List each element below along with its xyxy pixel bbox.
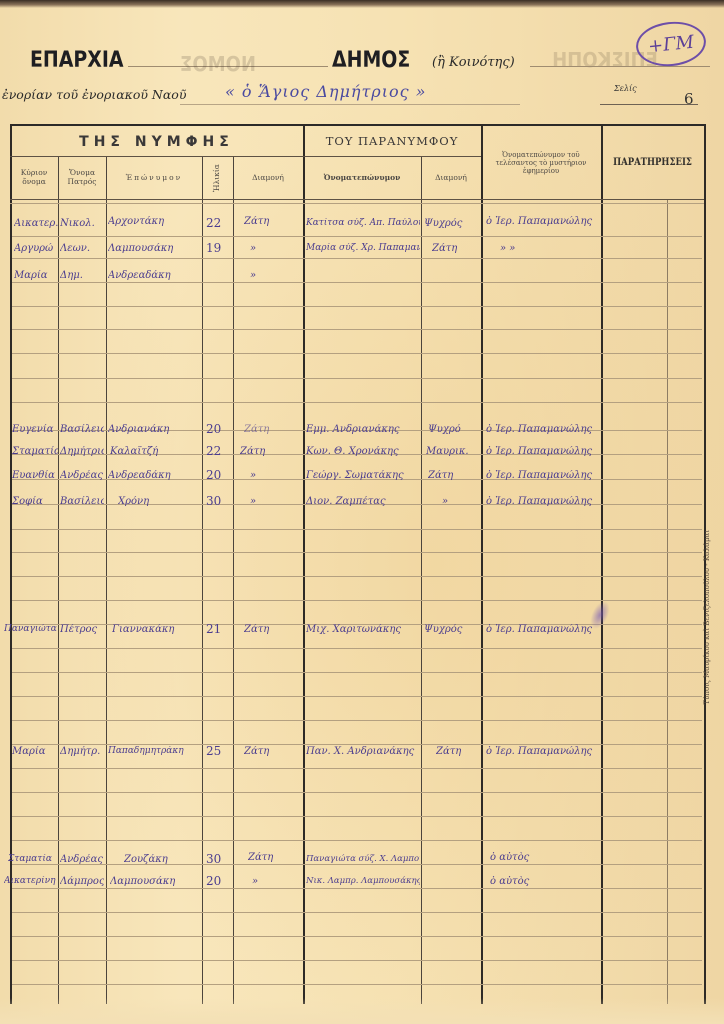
row-8-priest: ὁ Ἱερ. Παπαμανώλης xyxy=(486,746,600,757)
row-3-father-name: Βασίλειος xyxy=(60,424,104,435)
row-4-first-name: Σταματία xyxy=(12,446,58,457)
parish-label: ἐνορίαν τοῦ ἐνοριακοῦ Ναοῦ xyxy=(2,87,186,102)
row-5-first-name: Ευανθία xyxy=(12,470,58,481)
col-line-4 xyxy=(233,156,234,1004)
header-father-name: Ὄνομα Πατρός xyxy=(58,158,106,198)
rule-row xyxy=(12,912,702,913)
col-line-5 xyxy=(303,124,305,1004)
rule-row xyxy=(12,552,702,553)
printer-credit: Τύποις Μαυρίκου καὶ Βενιζελοπούλου - Καλ… xyxy=(703,530,711,705)
row-7-father-name: Πέτρος xyxy=(60,624,104,635)
rule-row xyxy=(12,744,702,745)
row-8-father-name: Δημήτρ. xyxy=(60,746,104,757)
row-1-residence: » xyxy=(250,243,256,254)
rule-row xyxy=(12,258,702,259)
row-7-surname: Γιαννακάκη xyxy=(112,624,200,635)
row-10-age: 20 xyxy=(206,874,221,888)
col-line-1 xyxy=(58,156,59,1004)
row-2-first-name: Μαρία xyxy=(14,270,58,281)
header-bottom-rule xyxy=(10,199,704,200)
row-1-first-name: Αργυρώ xyxy=(14,243,58,254)
rule-row xyxy=(12,792,702,793)
col-line-0 xyxy=(10,124,12,1004)
row-4-age: 22 xyxy=(206,444,221,458)
rule-row xyxy=(12,960,702,961)
row-6-priest: ὁ Ἱερ. Παπαμανώλης xyxy=(486,496,600,507)
rule-row xyxy=(12,353,702,354)
rule-row xyxy=(12,378,702,379)
header-sponsor-residence: Διαμονή xyxy=(421,158,481,198)
title-koinotis: (ἢ Κοινότης) xyxy=(432,55,515,70)
header-bottom-rule-2 xyxy=(10,203,704,204)
row-8-surname: Παπαδημητράκη xyxy=(108,746,200,756)
header-group-sponsor: ΤΟΥ ΠΑΡΑΝΥΜΦΟΥ xyxy=(303,128,481,156)
row-8-first-name: Μαρία xyxy=(12,746,58,757)
title-dimos: ΔΗΜΟΣ xyxy=(332,48,410,73)
row-9-first-name: Σταματία xyxy=(8,854,58,864)
rule-row xyxy=(12,402,702,403)
row-4-residence: Ζάτη xyxy=(240,446,265,457)
title-nomos-bleedthrough: ΝΟΜΟΣ xyxy=(184,52,256,76)
row-9-surname: Ζουζάκη xyxy=(124,854,200,865)
row-3-first-name: Ευγενία xyxy=(12,424,58,435)
row-9-father-name: Ανδρέας xyxy=(60,854,104,865)
row-5-priest: ὁ Ἱερ. Παπαμανώλης xyxy=(486,470,600,481)
rule-row xyxy=(12,720,702,721)
row-2-father-name: Δημ. xyxy=(60,270,104,281)
row-7-first-name: Παναγιώτα xyxy=(4,624,58,634)
row-1-father-name: Λεων. xyxy=(60,243,104,254)
scan-top-edge xyxy=(0,0,724,8)
rule-row xyxy=(12,576,702,577)
row-6-sponsor: Διον. Ζαμπέτας xyxy=(306,496,420,507)
header-surname: Ἐπώνυμον xyxy=(106,158,202,198)
row-9-sponsor: Παναγιώτα σύζ. Χ. Λαμπουσάκη xyxy=(306,854,420,864)
row-1-surname: Λαμπουσάκη xyxy=(108,243,200,254)
row-4-surname: Καλαϊτζή xyxy=(110,446,200,457)
row-7-age: 21 xyxy=(206,622,221,636)
row-6-residence: » xyxy=(250,496,256,507)
row-8-sponsor-residence: Ζάτη xyxy=(436,746,480,757)
row-5-surname: Ανδρεαδάκη xyxy=(108,470,200,481)
row-0-sponsor: Κατίτσα σύζ. Απ. Παύλου xyxy=(306,218,420,228)
row-5-sponsor: Γεώργ. Σωματάκης xyxy=(306,470,420,481)
row-4-father-name: Δημήτριος xyxy=(60,446,104,457)
row-7-priest: ὁ Ἱερ. Παπαμανώλης xyxy=(486,624,600,635)
rule-row xyxy=(12,864,702,865)
page-number: 6 xyxy=(684,90,694,108)
col-line-9 xyxy=(667,199,668,1004)
rule-row xyxy=(12,816,702,817)
row-3-residence: Ζάτη xyxy=(244,424,269,435)
row-4-sponsor: Κων. Θ. Χρονάκης xyxy=(306,446,420,457)
rule-row xyxy=(12,936,702,937)
row-10-surname: Λαμπουσάκη xyxy=(110,876,200,887)
header-sponsor-name: Ὀνοματεπώνυμον xyxy=(303,158,421,198)
row-3-age: 20 xyxy=(206,422,221,436)
row-10-residence: » xyxy=(252,876,258,887)
row-3-sponsor: Εμμ. Ανδριανάκης xyxy=(306,424,420,435)
rule-row xyxy=(12,282,702,283)
header-priest: Ὀνοματεπώνυμον τοῦ τελέσαντος τὸ μυστήρι… xyxy=(485,128,597,198)
episkopi-rule xyxy=(530,66,710,67)
rule-row xyxy=(12,306,702,307)
col-line-7 xyxy=(481,124,483,1004)
header-remarks: ΠΑΡΑΤΗΡΗΣΕΙΣ xyxy=(609,128,697,198)
row-7-sponsor-residence: Ψυχρός xyxy=(424,624,480,635)
rule-row xyxy=(12,696,702,697)
row-0-father-name: Νικολ. xyxy=(60,218,104,229)
header-first-name: Κύριον ὄνομα xyxy=(10,158,58,198)
row-10-sponsor: Νικ. Λαμπρ. Λαμπουσάκης xyxy=(306,876,420,886)
row-8-sponsor: Παν. Χ. Ανδριανάκης xyxy=(306,746,420,757)
row-6-surname: Χρόνη xyxy=(118,496,200,507)
row-5-residence: » xyxy=(250,470,256,481)
rule-row xyxy=(12,768,702,769)
row-1-age: 19 xyxy=(206,241,221,255)
col-line-2 xyxy=(106,156,107,1004)
rule-row xyxy=(12,236,702,237)
row-3-sponsor-residence: Ψυχρό xyxy=(428,424,480,435)
row-3-priest: ὁ Ἱερ. Παπαμανώλης xyxy=(486,424,600,435)
rule-row xyxy=(12,648,702,649)
row-0-sponsor-residence: Ψυχρός xyxy=(424,218,480,229)
row-0-age: 22 xyxy=(206,216,221,230)
row-1-priest: » » xyxy=(500,243,600,254)
col-line-3 xyxy=(202,156,203,1004)
group-header-rule xyxy=(10,156,481,157)
row-4-priest: ὁ Ἱερ. Παπαμανώλης xyxy=(486,446,600,457)
row-0-first-name: Αικατερ. xyxy=(14,218,58,229)
row-4-sponsor-residence: Μαυρικ. xyxy=(426,446,480,457)
row-10-priest: ὁ αὐτὸς xyxy=(490,876,600,887)
header-residence: Διαμονή xyxy=(233,158,303,198)
row-2-surname: Ανδρεαδάκη xyxy=(108,270,200,281)
col-line-6 xyxy=(421,156,422,1004)
header-group-bride: ΤΗΣ ΝΥΜΦΗΣ xyxy=(10,128,303,156)
row-0-residence: Ζάτη xyxy=(244,216,269,227)
row-6-sponsor-residence: » xyxy=(442,496,480,507)
col-line-8 xyxy=(601,124,603,1004)
row-9-age: 30 xyxy=(206,852,221,866)
row-2-residence: » xyxy=(250,270,256,281)
rule-row xyxy=(12,984,702,985)
header-age: Ἡλικία xyxy=(202,158,233,198)
parish-name-handwritten: « ὁ Ἅγιος Δημήτριος » xyxy=(225,82,426,101)
rule-row xyxy=(12,840,702,841)
row-5-age: 20 xyxy=(206,468,221,482)
row-10-father-name: Λάμπρος xyxy=(60,876,104,887)
row-7-residence: Ζάτη xyxy=(244,624,269,635)
row-9-residence: Ζάτη xyxy=(248,852,273,863)
rule-row xyxy=(12,329,702,330)
row-6-first-name: Σοφία xyxy=(12,496,58,507)
row-7-sponsor: Μιχ. Χαριτωνάκης xyxy=(306,624,420,635)
rule-row xyxy=(12,888,702,889)
row-10-first-name: Αικατερίνη xyxy=(4,876,58,886)
rule-row xyxy=(12,529,702,530)
row-1-sponsor-residence: Ζάτη xyxy=(432,243,480,254)
row-5-sponsor-residence: Ζάτη xyxy=(428,470,480,481)
row-0-surname: Αρχοντάκη xyxy=(108,216,200,227)
scan-bottom-edge xyxy=(0,998,724,1024)
row-6-father-name: Βασίλειος xyxy=(60,496,104,507)
title-eparchia: ΕΠΑΡΧΙΑ xyxy=(30,48,124,73)
row-6-age: 30 xyxy=(206,494,221,508)
row-8-residence: Ζάτη xyxy=(244,746,269,757)
row-5-father-name: Ανδρέας xyxy=(60,470,104,481)
row-1-sponsor: Μαρία σύζ. Χρ. Παπαμανώλη xyxy=(306,243,420,253)
parish-rule xyxy=(180,104,520,105)
row-9-priest: ὁ αὐτὸς xyxy=(490,852,600,863)
rule-row xyxy=(12,672,702,673)
row-8-age: 25 xyxy=(206,744,221,758)
page-label: Σελίς xyxy=(614,84,637,93)
row-3-surname: Ανδριανάκη xyxy=(108,424,200,435)
row-0-priest: ὁ Ἱερ. Παπαμανώλης xyxy=(486,216,600,227)
